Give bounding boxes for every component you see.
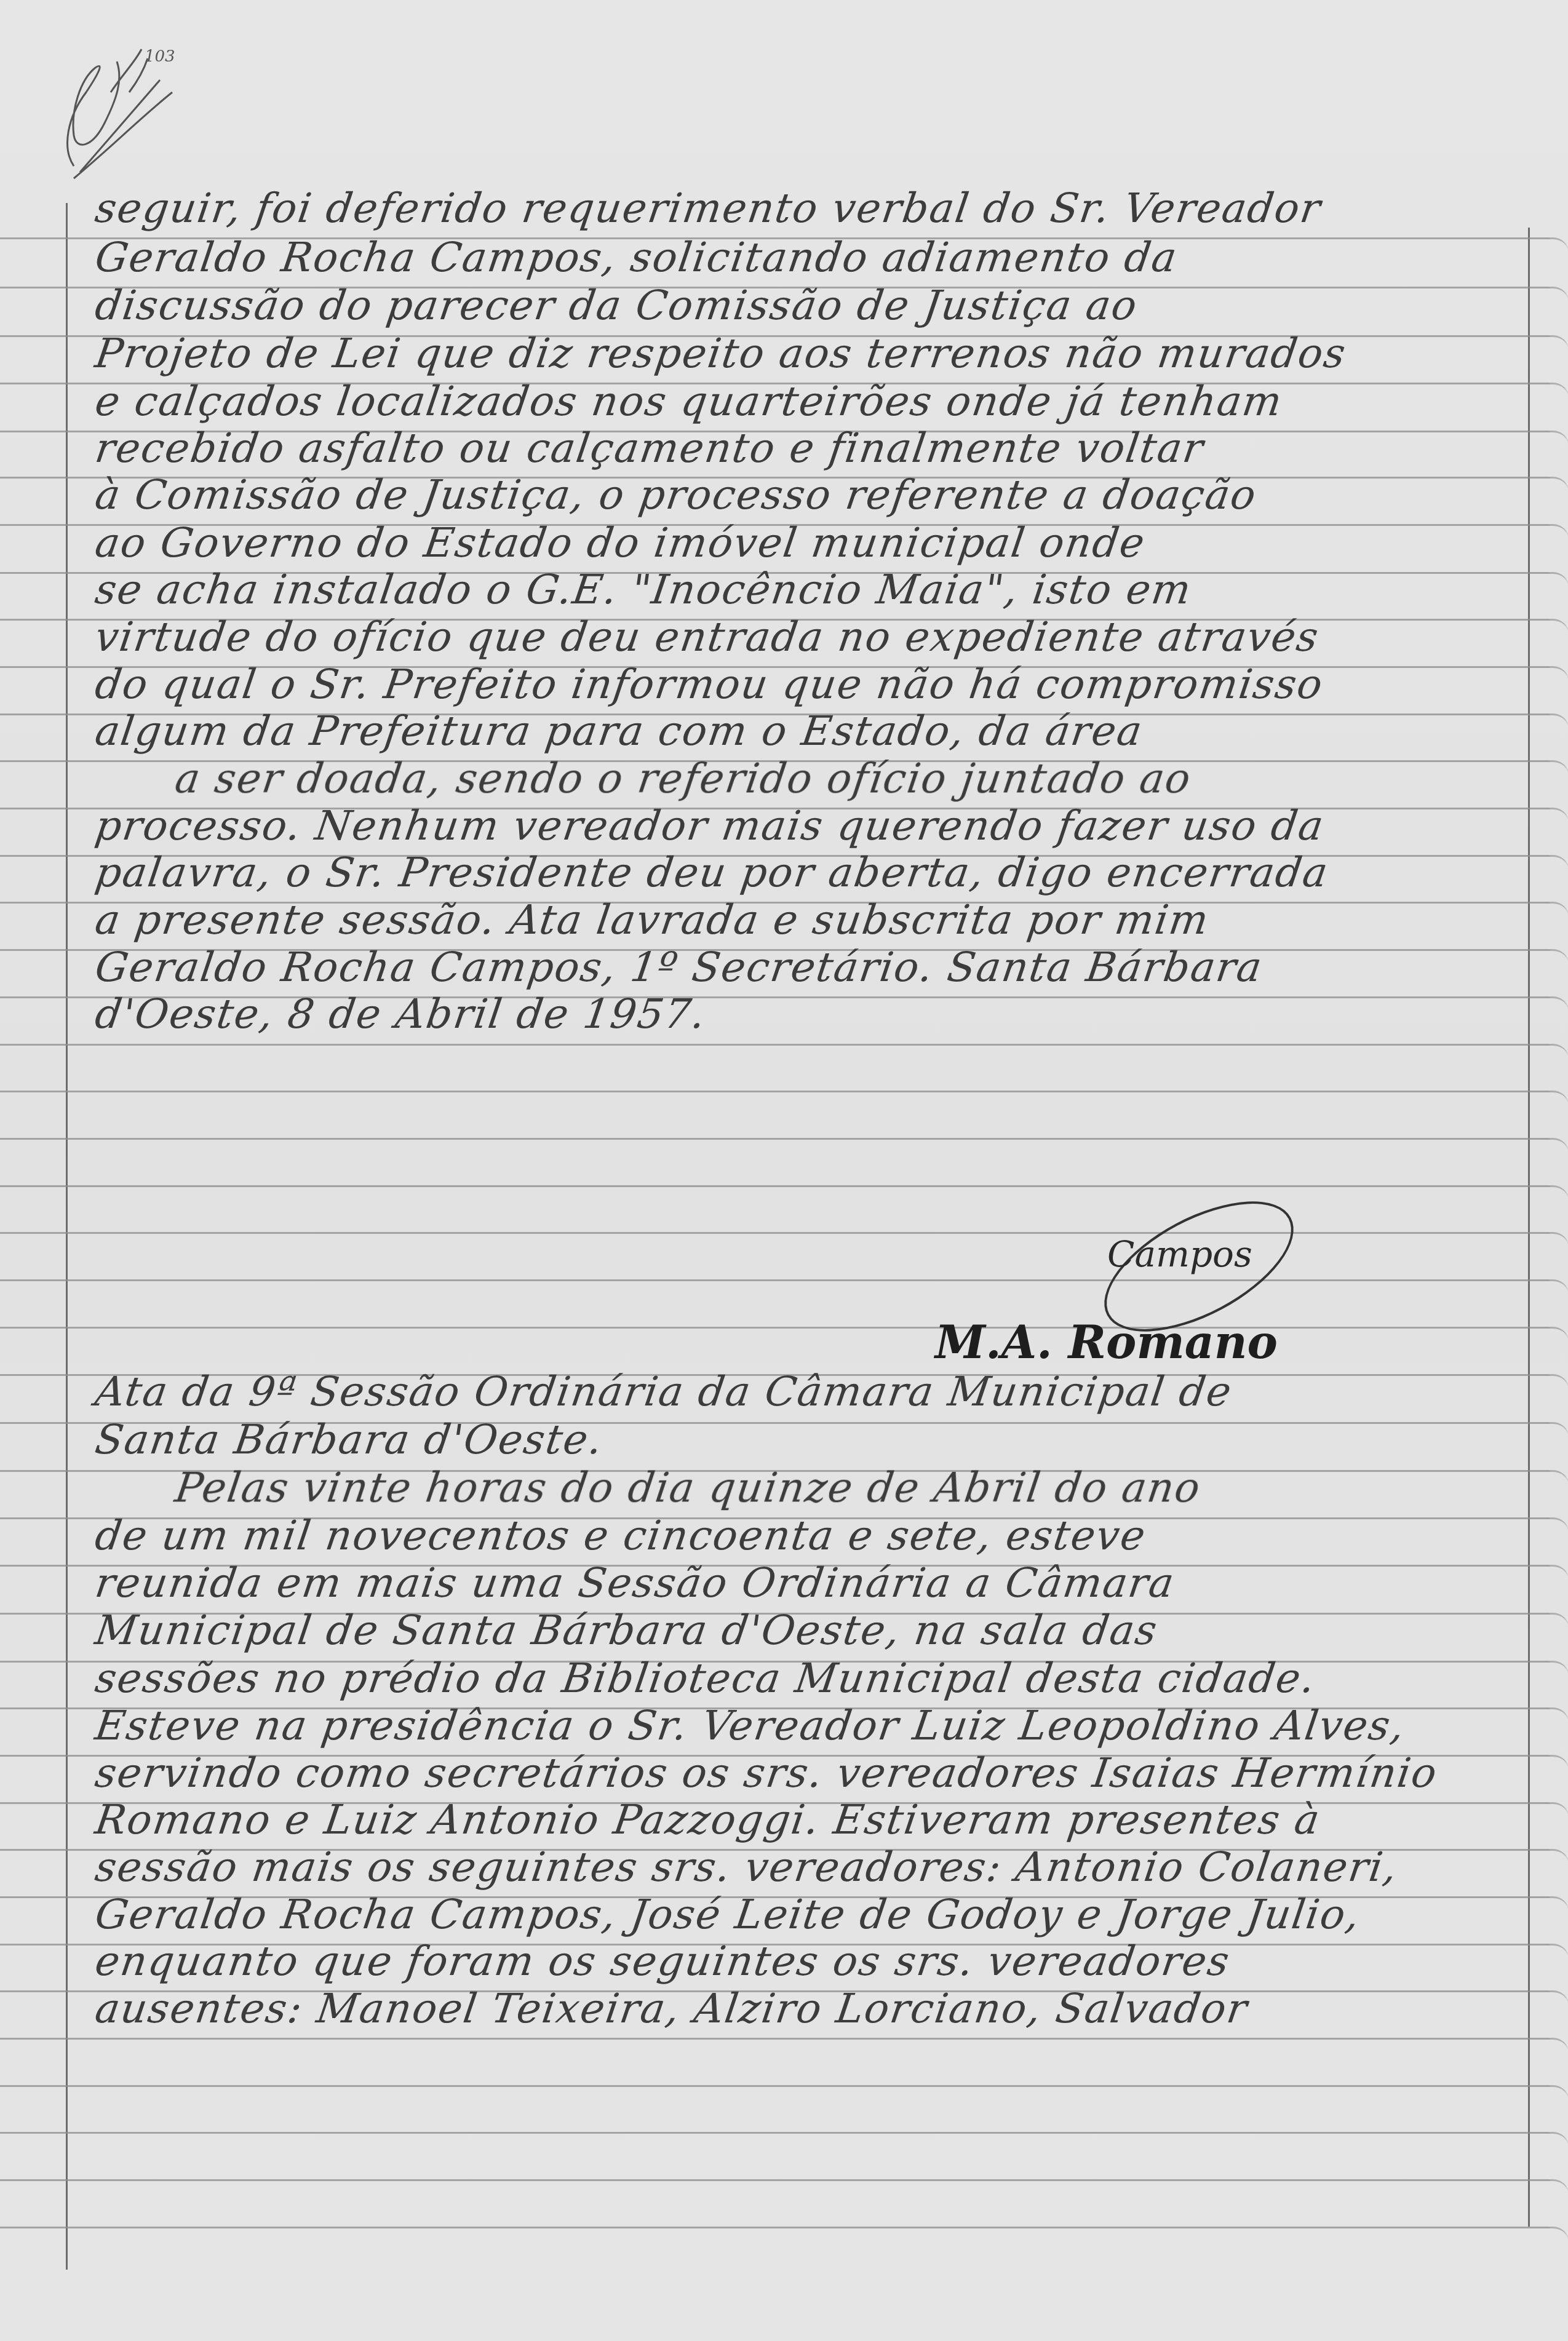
text-line: de um mil novecentos e cincoenta e sete,… <box>92 1512 1526 1559</box>
text-line: processo. Nenhum vereador mais querendo … <box>92 802 1526 849</box>
text-line: a ser doada, sendo o referido ofício jun… <box>172 755 1568 802</box>
text-line: e calçados localizados nos quarteirões o… <box>92 378 1526 425</box>
svg-text:103: 103 <box>145 47 175 66</box>
text-line: servindo como secretários os srs. veread… <box>92 1749 1526 1797</box>
text-line: algum da Prefeitura para com o Estado, d… <box>92 707 1526 755</box>
text-line: Pelas vinte horas do dia quinze de Abril… <box>172 1464 1568 1511</box>
text-line: discussão do parecer da Comissão de Just… <box>92 282 1526 329</box>
text-line: reunida em mais uma Sessão Ordinária a C… <box>92 1559 1526 1607</box>
text-line: a presente sessão. Ata lavrada e subscri… <box>92 896 1526 944</box>
text-line: ao Governo do Estado do imóvel municipal… <box>92 519 1526 566</box>
ledger-page: 103 <box>0 0 1568 2341</box>
text-line: se acha instalado o G.E. "Inocêncio Maia… <box>92 566 1526 613</box>
text-line: Municipal de Santa Bárbara d'Oeste, na s… <box>92 1607 1526 1654</box>
text-line: recebido asfalto ou calçamento e finalme… <box>92 424 1526 472</box>
text-line: sessões no prédio da Biblioteca Municipa… <box>92 1655 1526 1702</box>
text-line: do qual o Sr. Prefeito informou que não … <box>92 661 1526 708</box>
text-line: ausentes: Manoel Teixeira, Alziro Lorcia… <box>92 1985 1526 2032</box>
text-line: sessão mais os seguintes srs. vereadores… <box>92 1843 1526 1891</box>
text-line: à Comissão de Justiça, o processo refere… <box>92 471 1526 519</box>
margin-rubric-icon: 103 <box>37 25 197 185</box>
text-line: Geraldo Rocha Campos, solicitando adiame… <box>92 234 1526 281</box>
right-margin-rule <box>1528 228 1530 2227</box>
left-margin-rule <box>66 203 68 2270</box>
text-line: enquanto que foram os seguintes os srs. … <box>92 1938 1526 1985</box>
text-line: Projeto de Lei que diz respeito aos terr… <box>92 330 1526 377</box>
text-line: Geraldo Rocha Campos, 1º Secretário. San… <box>92 944 1526 991</box>
text-line: Romano e Luiz Antonio Pazzoggi. Estivera… <box>92 1796 1526 1843</box>
signature-campos: Campos <box>1107 1233 1252 1275</box>
text-line: virtude do ofício que deu entrada no exp… <box>92 613 1526 661</box>
signature-romano: M.A. Romano <box>935 1316 1278 1369</box>
minutes-heading: Ata da 9ª Sessão Ordinária da Câmara Mun… <box>92 1368 1526 1415</box>
text-line: d'Oeste, 8 de Abril de 1957. <box>92 990 1526 1038</box>
text-line: Esteve na presidência o Sr. Vereador Lui… <box>92 1702 1526 1749</box>
minutes-heading: Santa Bárbara d'Oeste. <box>92 1416 1526 1463</box>
text-line: Geraldo Rocha Campos, José Leite de Godo… <box>92 1891 1526 1938</box>
text-line: palavra, o Sr. Presidente deu por aberta… <box>92 849 1526 896</box>
text-line: seguir, foi deferido requerimento verbal… <box>92 185 1526 232</box>
